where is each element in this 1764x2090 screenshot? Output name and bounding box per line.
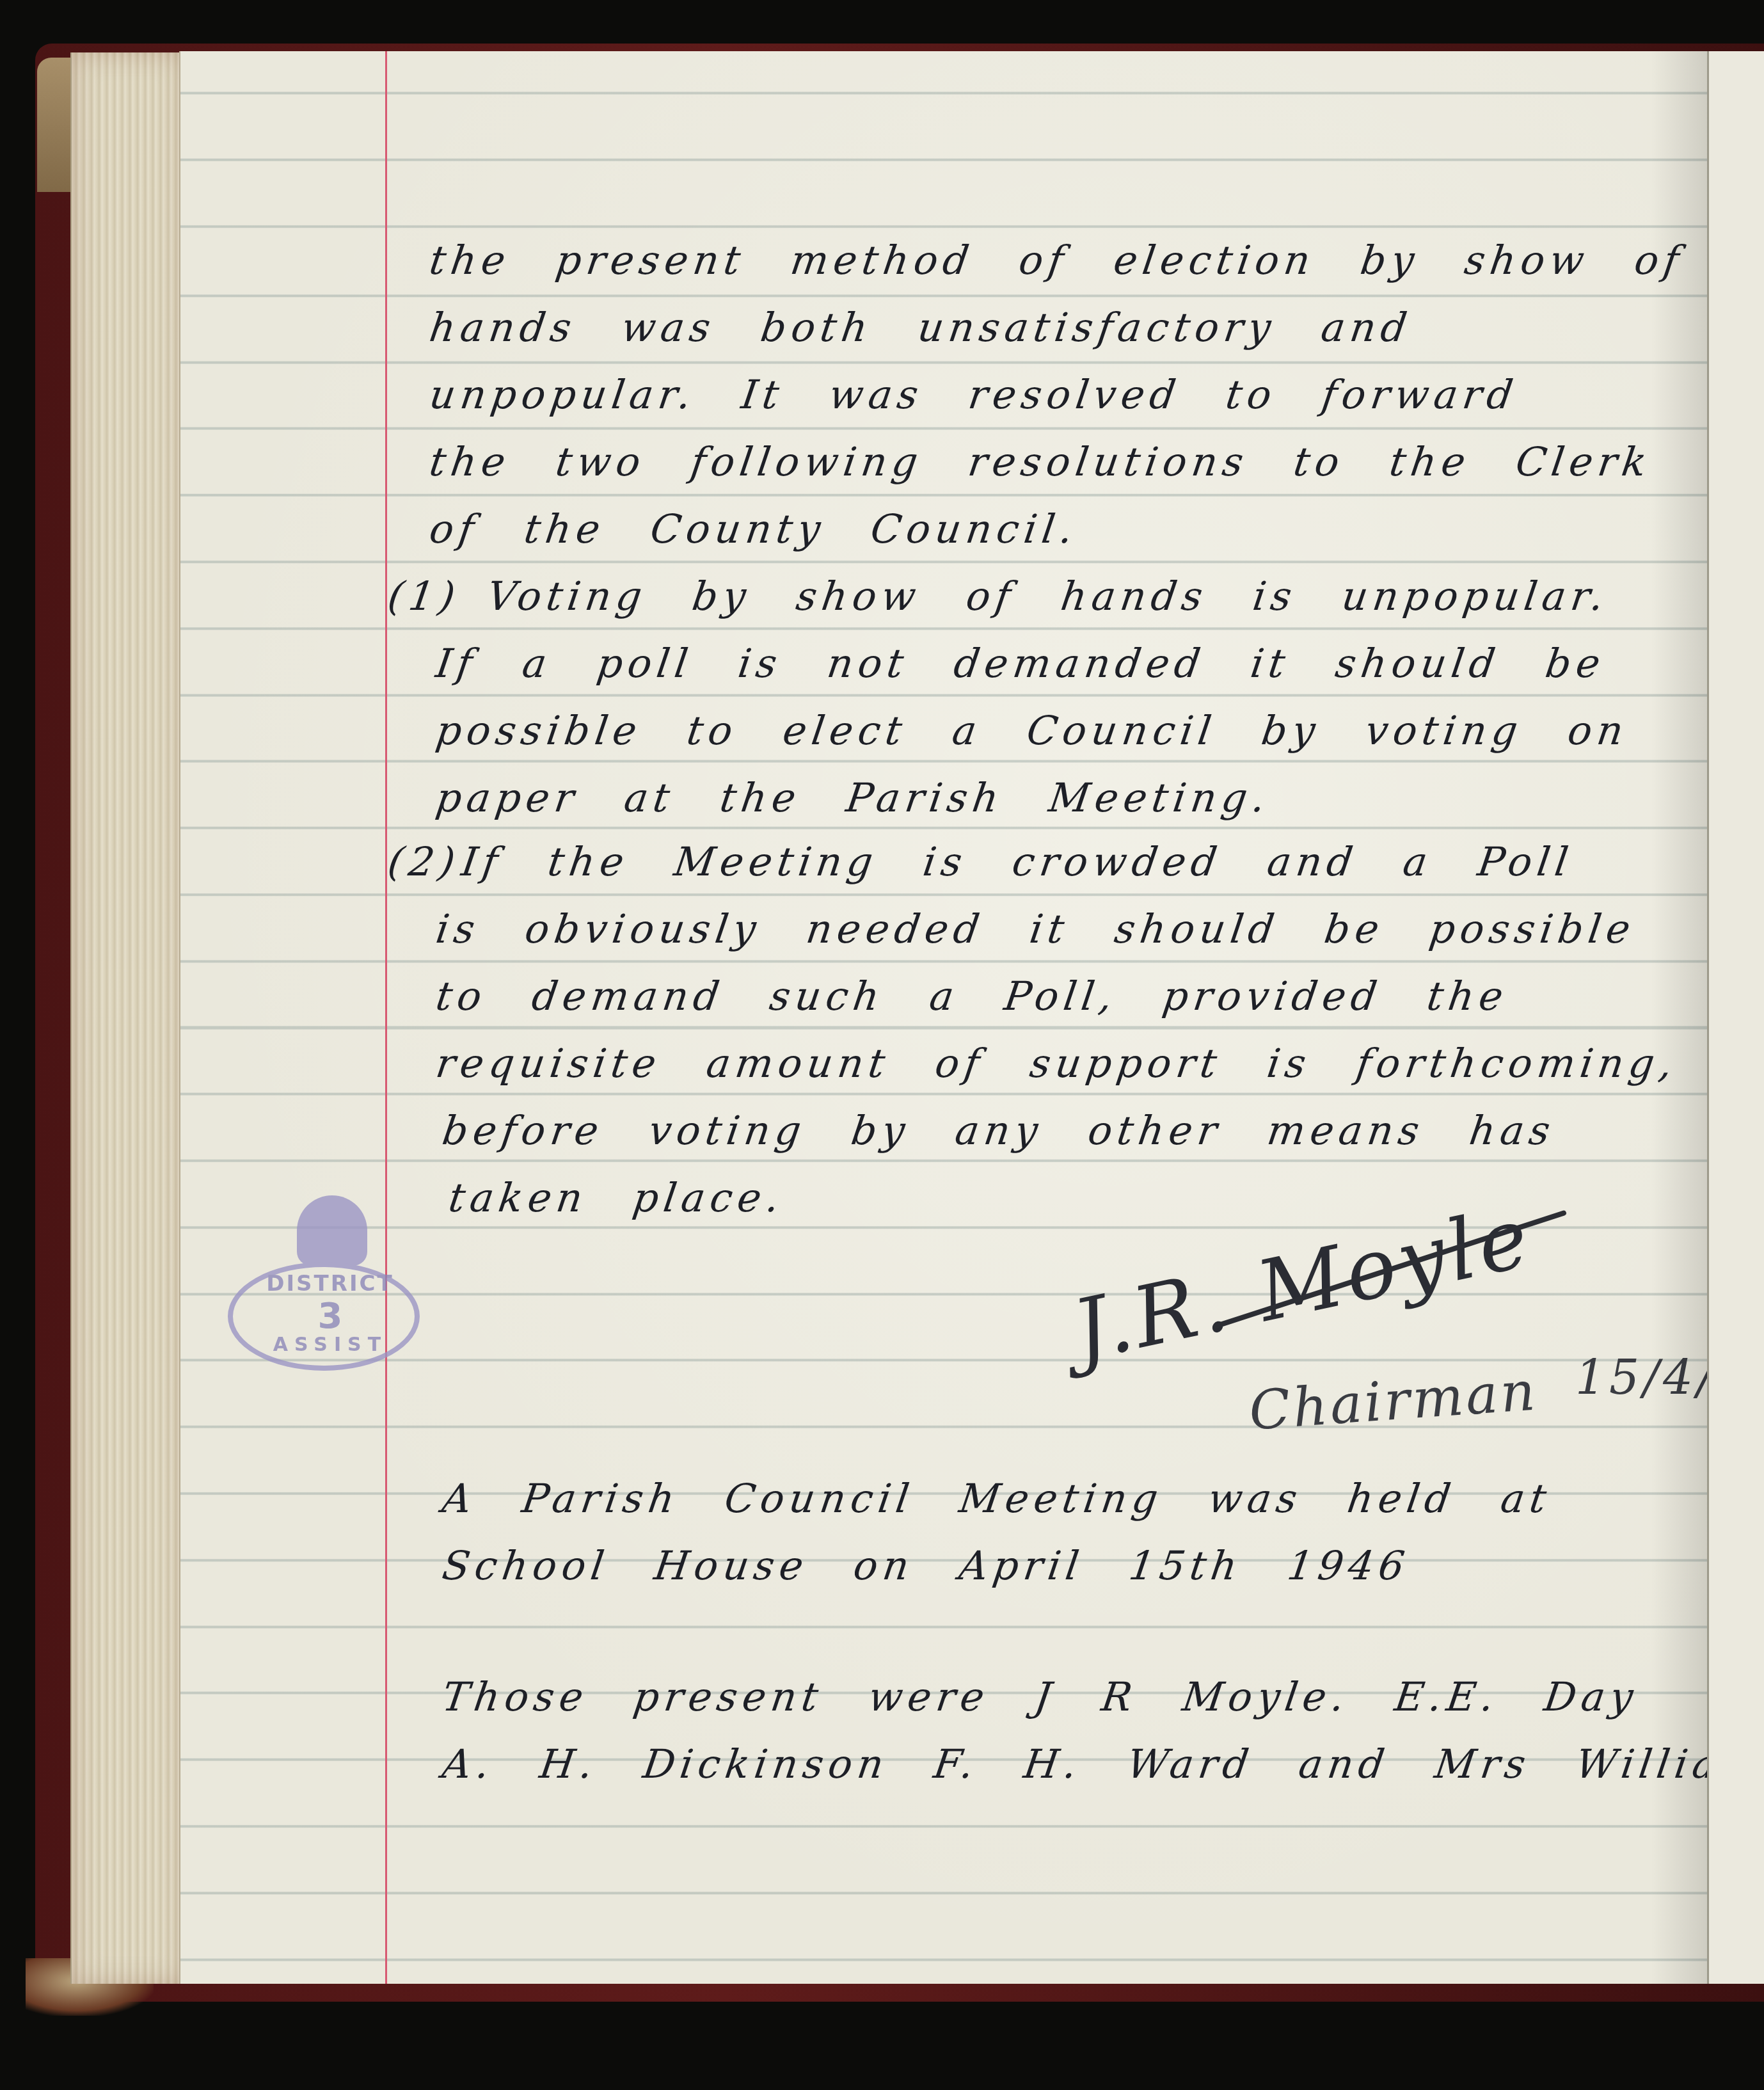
district-stamp: DISTRICT 3 ASSIST [228, 1192, 433, 1364]
minutes-line-3: unpopular. It was resolved to forward [427, 371, 1521, 418]
resolution-1-number: (1) [385, 573, 463, 619]
worn-corner-top [37, 58, 73, 192]
stamp-number: 3 [266, 1295, 394, 1337]
gutter-shadow [1651, 51, 1708, 1984]
new-meeting-line-1: A Parish Council Meeting was held at [440, 1475, 1555, 1522]
resolution-2-number: (2) [385, 838, 463, 885]
resolution-1-line-1: Voting by show of hands is unpopular. [484, 573, 1612, 619]
attendance-line-1: Those present were J R Moyle. E.E. Day [440, 1673, 1641, 1720]
stacked-page-edges [70, 52, 187, 1984]
minutes-line-4: the two following resolutions to the Cle… [427, 438, 1655, 485]
minute-book-page: the present method of election by show o… [179, 51, 1729, 1984]
handwritten-text: the present method of election by show o… [180, 51, 1729, 1984]
resolution-2-line-6: taken place. [446, 1174, 788, 1221]
stamp-top-text: DISTRICT [266, 1271, 394, 1296]
attendance-line-2: A. H. Dickinson F. H. Ward and Mrs Willi… [440, 1741, 1764, 1787]
resolution-1-line-2: If a poll is not demanded it should be [433, 640, 1609, 687]
resolution-1-line-3: possible to elect a Council by voting on [433, 707, 1632, 754]
resolution-2-line-4: requisite amount of support is forthcomi… [433, 1040, 1680, 1087]
resolution-2-line-2: is obviously needed it should be possibl… [433, 905, 1639, 952]
facing-page-edge [1707, 51, 1764, 1984]
minutes-line-5: of the County Council. [427, 506, 1081, 552]
minutes-line-2: hands was both unsatisfactory and [427, 304, 1415, 351]
crown-icon [297, 1195, 367, 1266]
resolution-2-line-5: before voting by any other means has [440, 1107, 1558, 1154]
resolution-2-line-1: If the Meeting is crowded and a Poll [459, 838, 1577, 885]
resolution-2-line-3: to demand such a Poll, provided the [433, 973, 1511, 1019]
resolution-1-line-4: paper at the Parish Meeting. [433, 774, 1273, 821]
minutes-line-1: the present method of election by show o… [427, 237, 1687, 283]
stamp-bottom-text: ASSIST [266, 1334, 394, 1356]
new-meeting-line-2: School House on April 15th 1946 [440, 1542, 1413, 1589]
